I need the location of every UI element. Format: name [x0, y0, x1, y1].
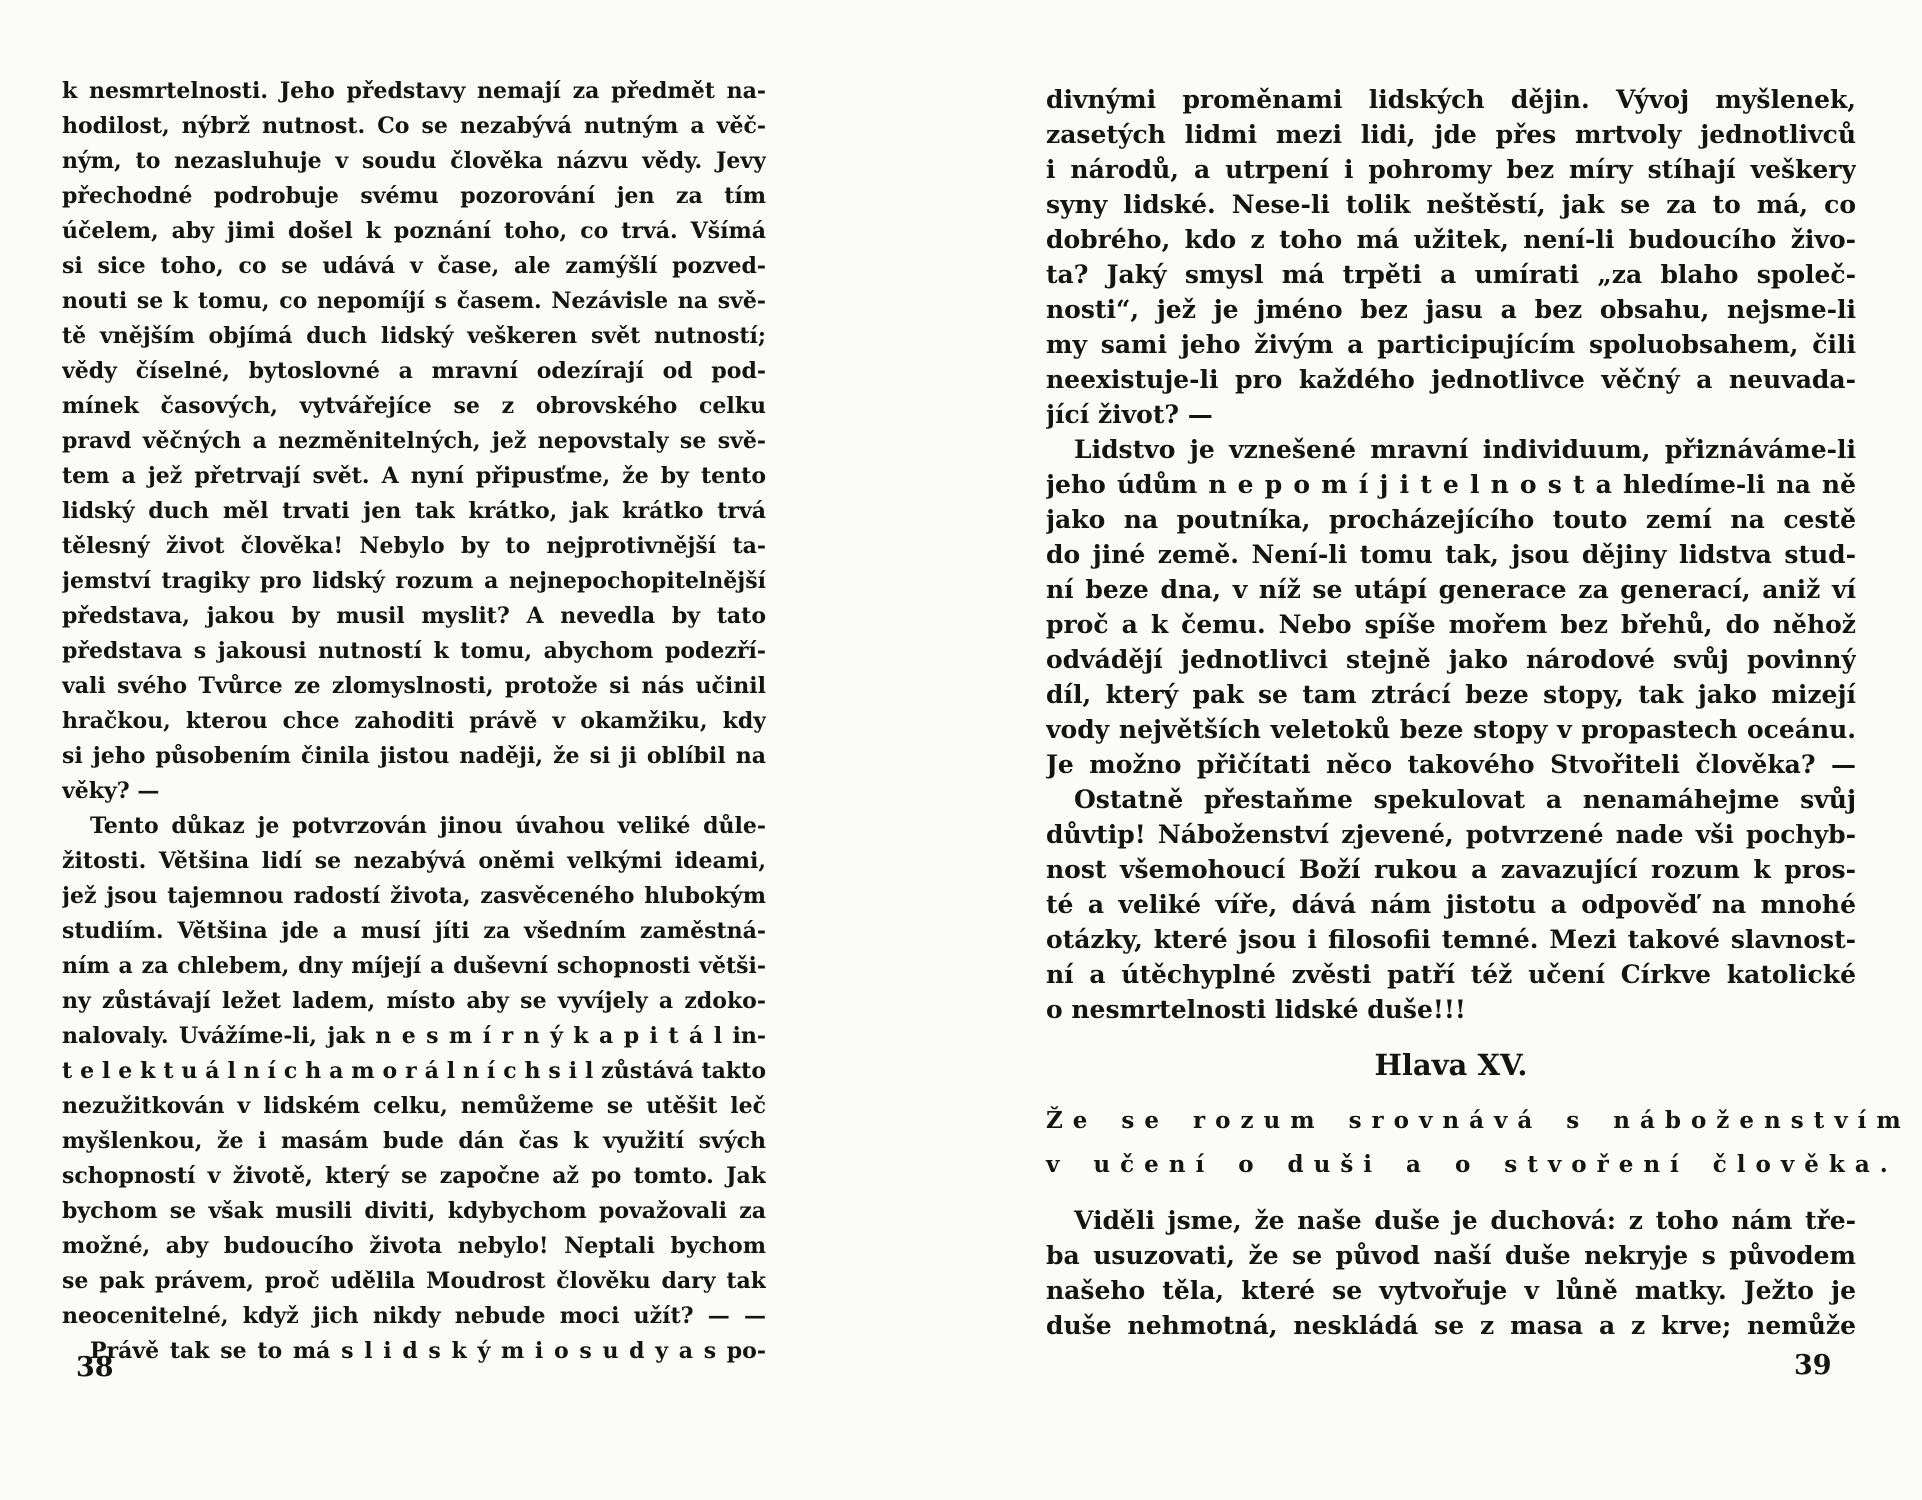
text-line: ním a za chlebem, dny míjejí a duševní s…: [62, 949, 766, 984]
text-line: studiím. Většina jde a musí jíti za všed…: [62, 914, 766, 949]
page-number-right: 39: [1794, 1350, 1832, 1381]
text-line: hodilost, nýbrž nutnost. Co se nezabývá …: [62, 109, 766, 144]
text-line: Viděli jsme, že naše duše je duchová: z …: [1046, 1203, 1856, 1238]
book-scan-spread: k nesmrtelnosti. Jeho představy nemají z…: [0, 0, 1922, 1500]
text-line: přechodné podrobuje svému pozorování jen…: [62, 179, 766, 214]
text-line: představa, jakou by musil myslit? A neve…: [62, 599, 766, 634]
text-line: k nesmrtelnosti. Jeho představy nemají z…: [62, 74, 766, 109]
text-line: si jeho působením činila jistou naději, …: [62, 739, 766, 774]
text-line: ta? Jaký smysl má trpěti a umírati „za b…: [1046, 257, 1856, 292]
text-line: Tento důkaz je potvrzován jinou úvahou v…: [62, 809, 766, 844]
text-line: vědy číselné, bytoslovné a mravní odezír…: [62, 354, 766, 389]
chapter-heading: Hlava XV.: [1046, 1045, 1856, 1085]
text-line: lidský duch měl trvati jen tak krátko, j…: [62, 494, 766, 529]
right-page-text-column: divnými proměnami lidských dějin. Vývoj …: [1046, 82, 1856, 1343]
text-line: tě vnějším objímá duch lidský veškeren s…: [62, 319, 766, 354]
right-page-top-paragraphs: divnými proměnami lidských dějin. Vývoj …: [1046, 82, 1856, 1027]
text-line: našeho těla, které se vytvořuje v lůně m…: [1046, 1273, 1856, 1308]
text-line: žitosti. Většina lidí se nezabývá oněmi …: [62, 844, 766, 879]
text-line: představa s jakousi nutností k tomu, aby…: [62, 634, 766, 669]
text-line: ny zůstávají ležet ladem, místo aby se v…: [62, 984, 766, 1019]
chapter-subtitle-line-1: Že se rozum srovnává s náboženstvím: [1046, 1099, 1856, 1143]
text-line: zasetých lidmi mezi lidi, jde přes mrtvo…: [1046, 117, 1856, 152]
text-line: si sice toho, co se udává v čase, ale za…: [62, 249, 766, 284]
text-line: otázky, které jsou i filosofii temné. Me…: [1046, 922, 1856, 957]
text-line: jež jsou tajemnou radostí života, zasvěc…: [62, 879, 766, 914]
text-line: dobrého, kdo z toho má užitek, není-li b…: [1046, 222, 1856, 257]
text-line: ným, to nezasluhuje v soudu člověka názv…: [62, 144, 766, 179]
text-line: proč a k čemu. Nebo spíše mořem bez břeh…: [1046, 607, 1856, 642]
text-line: té a veliké víře, dává nám jistotu a odp…: [1046, 887, 1856, 922]
text-line: Právě tak se to má s l i d s k ý m i o s…: [62, 1334, 766, 1369]
text-line: mínek časových, vytvářejíce se z obrovsk…: [62, 389, 766, 424]
text-line: účelem, aby jimi došel k poznání toho, c…: [62, 214, 766, 249]
text-line: o nesmrtelnosti lidské duše!!!: [1046, 992, 1856, 1027]
text-line: možné, aby budoucího života nebylo! Nept…: [62, 1229, 766, 1264]
text-line: nalovaly. Uvážíme-li, jak n e s m í r n …: [62, 1019, 766, 1054]
text-line: pravd věčných a nezměnitelných, jež nepo…: [62, 424, 766, 459]
text-line: duše nehmotná, neskládá se z masa a z kr…: [1046, 1308, 1856, 1343]
text-line: Lidstvo je vznešené mravní individuum, p…: [1046, 432, 1856, 467]
text-line: hračkou, kterou chce zahoditi právě v ok…: [62, 704, 766, 739]
text-line: tělesný život člověka! Nebylo by to nejp…: [62, 529, 766, 564]
text-line: syny lidské. Nese-li tolik neštěstí, jak…: [1046, 187, 1856, 222]
text-line: jící život? —: [1046, 397, 1856, 432]
text-line: myšlenkou, že i masám bude dán čas k vyu…: [62, 1124, 766, 1159]
text-line: Ostatně přestaňme spekulovat a nenamáhej…: [1046, 782, 1856, 817]
text-line: vody největších veletoků beze stopy v pr…: [1046, 712, 1856, 747]
text-line: my sami jeho živým a participujícím spol…: [1046, 327, 1856, 362]
right-page-bottom-paragraph: Viděli jsme, že naše duše je duchová: z …: [1046, 1203, 1856, 1343]
text-line: tem a jež přetrvají svět. A nyní připusť…: [62, 459, 766, 494]
left-page-text-column: k nesmrtelnosti. Jeho představy nemají z…: [62, 74, 766, 1369]
text-line: bychom se však musili diviti, kdybychom …: [62, 1194, 766, 1229]
text-line: ní beze dna, v níž se utápí generace za …: [1046, 572, 1856, 607]
text-line: vali svého Tvůrce ze zlomyslnosti, proto…: [62, 669, 766, 704]
text-line: i národů, a utrpení i pohromy bez míry s…: [1046, 152, 1856, 187]
text-line: jako na poutníka, procházejícího touto z…: [1046, 502, 1856, 537]
text-line: nezužitkován v lidském celku, nemůžeme s…: [62, 1089, 766, 1124]
text-line: divnými proměnami lidských dějin. Vývoj …: [1046, 82, 1856, 117]
text-line: neocenitelné, když jich nikdy nebude moc…: [62, 1299, 766, 1334]
text-line: schopností v životě, který se započne až…: [62, 1159, 766, 1194]
text-line: jemství tragiky pro lidský rozum a nejne…: [62, 564, 766, 599]
text-line: ba usuzovati, že se původ naší duše nekr…: [1046, 1238, 1856, 1273]
text-line: díl, který pak se tam ztrácí beze stopy,…: [1046, 677, 1856, 712]
text-line: jeho údům n e p o m í j i t e l n o s t …: [1046, 467, 1856, 502]
chapter-subtitle-line-2: v učení o duši a o stvoření člověka.: [1046, 1143, 1856, 1187]
text-line: důvtip! Náboženství zjevené, potvrzené n…: [1046, 817, 1856, 852]
text-line: nouti se k tomu, co nepomíjí s časem. Ne…: [62, 284, 766, 319]
text-line: věky? —: [62, 774, 766, 809]
text-line: t e l e k t u á l n í c h a m o r á l n …: [62, 1054, 766, 1089]
text-line: neexistuje-li pro každého jednotlivce vě…: [1046, 362, 1856, 397]
text-line: nost všemohoucí Boží rukou a zavazující …: [1046, 852, 1856, 887]
text-line: se pak právem, proč udělila Moudrost člo…: [62, 1264, 766, 1299]
chapter-subtitle: Že se rozum srovnává s náboženstvím v uč…: [1046, 1099, 1856, 1187]
text-line: ní a útěchyplné zvěsti patří též učení C…: [1046, 957, 1856, 992]
text-line: do jiné země. Není-li tomu tak, jsou děj…: [1046, 537, 1856, 572]
text-line: Je možno přičítati něco takového Stvořit…: [1046, 747, 1856, 782]
text-line: nosti“, jež je jméno bez jasu a bez obsa…: [1046, 292, 1856, 327]
text-line: odvádějí jednotlivci stejně jako národov…: [1046, 642, 1856, 677]
page-number-left: 38: [76, 1352, 114, 1383]
